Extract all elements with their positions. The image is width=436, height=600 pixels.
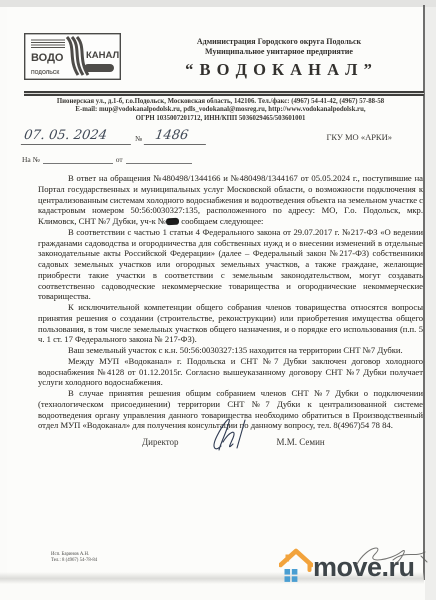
letter-page: ВОДО ПОДОЛЬСК КАНАЛ Администрация Городс… [7,7,423,582]
contact-ogrn: ОГРН 1035007201712, ИНН/КПП 5036029465/5… [17,115,424,123]
handwritten-outgoing-number: 1486 [144,128,208,145]
scanned-letter: { "letterhead": { "logo_top": "ВОДО", "l… [0,0,436,600]
director-signature [207,412,255,456]
paragraph-contract: Между МУП «Водоканал» г. Подольска и СНТ… [38,356,423,388]
logo-text-podolsk: ПОДОЛЬСК [31,70,60,76]
logo-text-kanal: КАНАЛ [86,50,119,61]
na-number-label: На № [22,155,40,164]
paragraph-response-intro: В ответ на обращения №480498/1344166 и №… [38,173,423,227]
letterhead-org-block: Администрация Городского округа Подольск… [135,37,423,80]
executor-block: Исп. Баринов А.Н. Тел.: 8 (4967) 54-78-8… [51,552,97,564]
letterhead-contacts: Пионерская ул., д.1-б, г.о.Подольск, Мос… [17,98,424,123]
header-divider [24,91,424,96]
org-name: “ В О Д О К А Н А Л ” [135,60,423,80]
incoming-reference-row: На № от [22,155,424,164]
scan-top-edge [0,0,436,7]
reference-block: 07. 05. 2024 № 1486 ГКУ МО «АРКИ» На № о… [22,128,424,164]
letter-body: В ответ на обращения №480498/1344166 и №… [38,173,423,431]
ot-date-label: от [116,155,123,164]
na-number-blank-line [43,156,113,164]
org-administration-line: Администрация Городского округа Подольск [135,37,423,47]
recipient-name: ГКУ МО «АРКИ» [326,132,392,142]
scan-right-margin [425,7,436,600]
number-sign-label: № [135,134,142,143]
watermark-signature-scribble [351,538,431,580]
logo-pipe-bar [84,64,114,72]
paragraph-plot-location: Ваш земельный участок с к.н. 50:56:00303… [38,345,423,356]
logo-text-vodo: ВОДО [31,52,64,64]
contact-email: E-mail: mup@vodokanalpodolsk.ru, pdls_vo… [17,106,424,114]
org-enterprise-line: Муниципальное унитарное предприятие [135,47,423,57]
signature-block: Директор М.М. Семин [22,437,424,447]
house-windows [285,569,298,582]
ot-date-blank-line [126,156,192,164]
paragraph-law-217: В соответствии с частью 1 статьи 4 Федер… [38,227,423,302]
vodokanal-logo: ВОДО ПОДОЛЬСК КАНАЛ [24,33,121,80]
paragraph-competence: К исключительной компетенции общего собр… [38,302,423,345]
redaction-mark [166,218,179,226]
contact-address: Пионерская ул., д.1-б, г.о.Подольск, Мос… [17,98,424,106]
handwritten-date: 07. 05. 2024 [21,128,133,145]
move-ru-watermark: move.ru [279,546,436,594]
signer-title: Директор [142,437,179,447]
move-ru-house-icon [279,548,313,584]
letter-content: 07. 05. 2024 № 1486 ГКУ МО «АРКИ» На № о… [22,128,424,447]
signer-name: М.М. Семин [277,437,325,447]
executor-phone: Тел.: 8 (4967) 54-78-84 [51,558,97,564]
